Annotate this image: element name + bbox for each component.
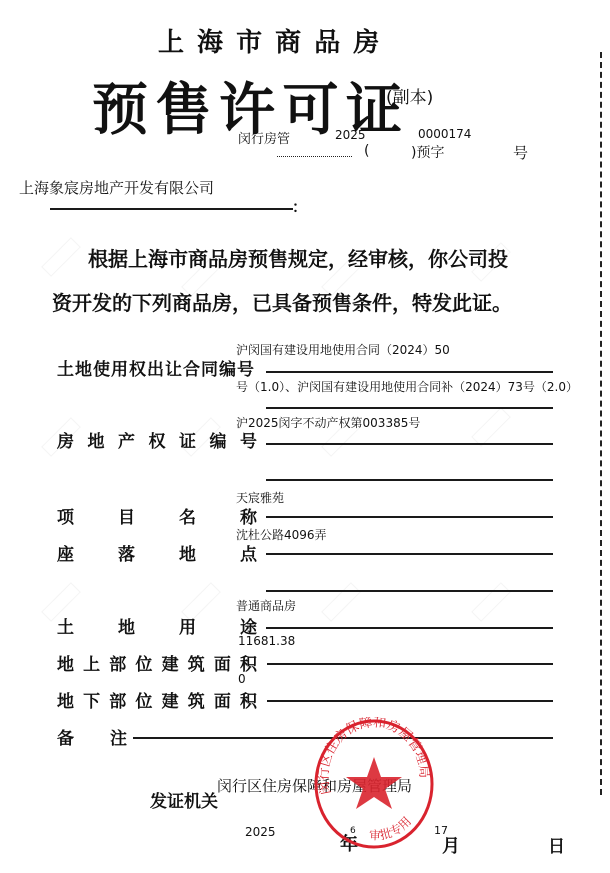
label-char: 建 bbox=[162, 687, 179, 712]
field-value-location: 沈杜公路4096弄 bbox=[236, 526, 327, 543]
addressee-colon: ： bbox=[292, 196, 307, 217]
label-char: 地 bbox=[57, 650, 74, 675]
title-char: 可 bbox=[283, 66, 339, 146]
field-value-below-ground-area: 0 bbox=[238, 672, 246, 686]
label-char: 目 bbox=[118, 503, 135, 528]
watermark bbox=[471, 407, 511, 447]
label-char: 地 bbox=[118, 613, 135, 638]
body-text-line1: 根据上海市商品房预售规定，经审核，你公司投 bbox=[88, 243, 508, 272]
seal-icon: 闵行区住房保障和房屋管理局 审批专用章 bbox=[312, 717, 436, 851]
label-char: 地 bbox=[88, 427, 105, 452]
title-char: 预 bbox=[92, 66, 148, 146]
label-char: 面 bbox=[214, 687, 231, 712]
label-char: 产 bbox=[118, 427, 135, 452]
field-line bbox=[266, 590, 553, 592]
cert-paren-close: )预字 bbox=[411, 142, 444, 162]
label-char: 证 bbox=[179, 427, 196, 452]
label-char: 房 bbox=[57, 427, 74, 452]
cert-number-suffix: 号 bbox=[513, 142, 528, 163]
label-char: 编 bbox=[210, 427, 227, 452]
label-char: 筑 bbox=[188, 650, 205, 675]
title-subheading: 上 海 市 商 品 房 bbox=[158, 22, 381, 59]
cert-prefix-label: 闵行房管 bbox=[238, 128, 290, 147]
label-char: 部 bbox=[109, 650, 126, 675]
addressee-line bbox=[50, 208, 293, 210]
date-month-unit: 月 bbox=[442, 832, 460, 858]
cert-year: 2025 bbox=[335, 128, 366, 142]
label-char: 用 bbox=[179, 613, 196, 638]
label-char: 土 bbox=[57, 613, 74, 638]
label-char: 点 bbox=[240, 540, 257, 565]
field-line bbox=[266, 479, 553, 481]
label-char: 筑 bbox=[188, 687, 205, 712]
field-line bbox=[267, 700, 553, 702]
label-char: 积 bbox=[240, 687, 257, 712]
label-char: 位 bbox=[135, 687, 152, 712]
label-char: 落 bbox=[118, 540, 135, 565]
field-value-above-ground-area: 11681.38 bbox=[238, 634, 295, 648]
field-label-property-cert: 房 地 产 权 证 编 号 bbox=[57, 427, 257, 452]
field-label-above-ground-area: 地 上 部 位 建 筑 面 积 bbox=[57, 650, 257, 675]
label-char: 建 bbox=[162, 650, 179, 675]
label-char: 下 bbox=[83, 687, 100, 712]
label-char: 面 bbox=[214, 650, 231, 675]
field-line bbox=[266, 407, 553, 409]
label-char: 部 bbox=[109, 687, 126, 712]
copy-label: (副本) bbox=[386, 83, 433, 108]
watermark bbox=[471, 582, 511, 622]
date-day-unit: 日 bbox=[548, 832, 565, 857]
field-label-location: 座 落 地 点 bbox=[57, 540, 257, 565]
field-line bbox=[266, 443, 553, 445]
label-char: 备 bbox=[57, 724, 74, 749]
title-char: 售 bbox=[156, 66, 212, 146]
addressee-company: 上海象宸房地产开发有限公司 bbox=[19, 177, 214, 198]
field-line bbox=[267, 663, 553, 665]
field-label-remarks: 备 注 bbox=[57, 724, 127, 749]
field-value-land-contract-line1: 沪闵国有建设用地使用合同（2024）50 bbox=[236, 341, 450, 358]
body-text-line2: 资开发的下列商品房，已具备预售条件，特发此证。 bbox=[52, 287, 512, 316]
label-char: 权 bbox=[149, 427, 166, 452]
label-char: 地 bbox=[179, 540, 196, 565]
cut-line bbox=[600, 52, 602, 795]
cert-paren-open: ( bbox=[364, 143, 369, 159]
field-line bbox=[266, 553, 553, 555]
field-line bbox=[266, 371, 553, 373]
cert-number: 0000174 bbox=[418, 127, 471, 141]
field-line bbox=[266, 516, 553, 518]
label-char: 项 bbox=[57, 503, 74, 528]
official-seal: 闵行区住房保障和房屋管理局 审批专用章 bbox=[312, 717, 436, 851]
label-char: 名 bbox=[179, 503, 196, 528]
field-value-land-usage: 普通商品房 bbox=[236, 597, 296, 614]
watermark bbox=[41, 237, 81, 277]
label-char: 上 bbox=[83, 650, 100, 675]
label-char: 地 bbox=[57, 687, 74, 712]
watermark bbox=[321, 582, 361, 622]
date-year: 2025 bbox=[245, 825, 276, 839]
cert-dotted-line bbox=[277, 156, 352, 157]
label-char: 称 bbox=[240, 503, 257, 528]
field-value-land-contract-line2: 号（1.0）、沪闵国有建设用地使用合同补（2024）73号（2.0） bbox=[236, 378, 578, 395]
issuer-label: 发证机关 bbox=[150, 787, 218, 812]
label-char: 注 bbox=[110, 724, 127, 749]
field-line bbox=[266, 627, 553, 629]
field-value-project-name: 天宸雅苑 bbox=[236, 489, 284, 506]
field-label-below-ground-area: 地 下 部 位 建 筑 面 积 bbox=[57, 687, 257, 712]
field-label-land-usage: 土 地 用 途 bbox=[57, 613, 257, 638]
label-char: 位 bbox=[135, 650, 152, 675]
field-label-land-contract: 土地使用权出让合同编号 bbox=[57, 355, 255, 380]
label-char: 座 bbox=[57, 540, 74, 565]
field-label-project-name: 项 目 名 称 bbox=[57, 503, 257, 528]
field-value-property-cert: 沪2025闵字不动产权第003385号 bbox=[236, 414, 420, 431]
